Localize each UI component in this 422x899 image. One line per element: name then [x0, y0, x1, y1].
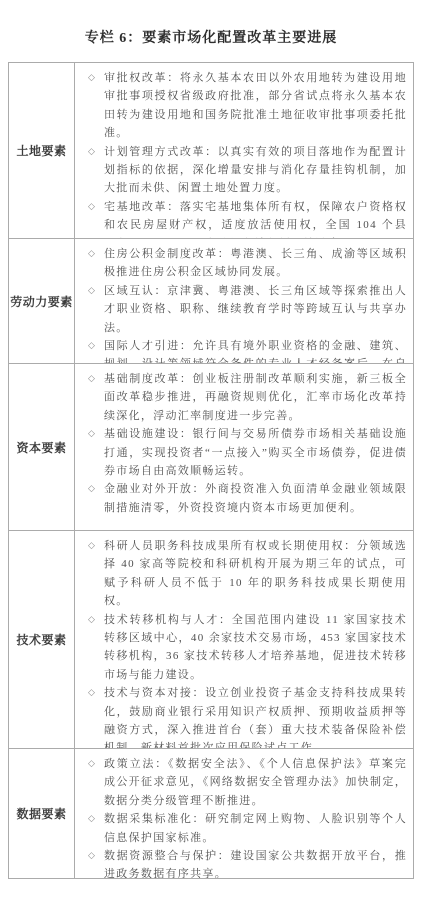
bullet-text: 技术与资本对接：设立创业投资子基金支持科技成果转化，鼓励商业银行采用知识产权质押… [104, 684, 407, 748]
bullet-text: 基础设施建设：银行间与交易所债券市场相关基础设施打通，实现投资者“一点接入”购买… [104, 425, 407, 480]
factor-content-cell: ◇审批权改革：将永久基本农田以外农用地转为建设用地审批事项授权省级政府批准，部分… [75, 63, 413, 238]
bullet-text: 计划管理方式改革：以真实有效的项目落地作为配置计划指标的依据，深化增量安排与消化… [104, 143, 407, 198]
bullet-item: ◇住房公积金制度改革：粤港澳、长三角、成渝等区域积极推进住房公积金区域协同发展。 [88, 245, 407, 282]
diamond-bullet-icon: ◇ [88, 143, 104, 161]
diamond-bullet-icon: ◇ [88, 337, 104, 355]
factor-label: 劳动力要素 [10, 293, 73, 310]
bullet-text: 区域互认：京津冀、粤港澳、长三角区域等探索推出人才职业资格、职称、继续教育学时等… [104, 282, 407, 337]
bullet-text: 科研人员职务科技成果所有权或长期使用权：分领域选择 40 家高等院校和科研机构开… [104, 537, 407, 611]
table-row: 资本要素◇基础制度改革：创业板注册制改革顺利实施，新三板全面改革稳步推进，再融资… [9, 363, 413, 530]
factor-label: 土地要素 [16, 142, 66, 159]
bullet-item: ◇审批权改革：将永久基本农田以外农用地转为建设用地审批事项授权省级政府批准，部分… [88, 69, 407, 143]
bullet-item: ◇区域互认：京津冀、粤港澳、长三角区域等探索推出人才职业资格、职称、继续教育学时… [88, 282, 407, 337]
diamond-bullet-icon: ◇ [88, 847, 104, 865]
factor-content-cell: ◇政策立法：《数据安全法》、《个人信息保护法》草案完成公开征求意见，《网络数据安… [75, 749, 413, 878]
factor-label-cell: 劳动力要素 [9, 239, 75, 363]
diamond-bullet-icon: ◇ [88, 245, 104, 263]
diamond-bullet-icon: ◇ [88, 755, 104, 773]
bullet-text: 审批权改革：将永久基本农田以外农用地转为建设用地审批事项授权省级政府批准，部分省… [104, 69, 407, 143]
table-row: 技术要素◇科研人员职务科技成果所有权或长期使用权：分领域选择 40 家高等院校和… [9, 530, 413, 748]
bullet-item: ◇科研人员职务科技成果所有权或长期使用权：分领域选择 40 家高等院校和科研机构… [88, 537, 407, 611]
factor-label: 资本要素 [16, 439, 66, 456]
bullet-item: ◇金融业对外开放：外商投资准入负面清单金融业领域限制措施清零，外资投资境内资本市… [88, 480, 407, 517]
factor-label: 数据要素 [16, 805, 66, 822]
diamond-bullet-icon: ◇ [88, 684, 104, 702]
table-row: 数据要素◇政策立法：《数据安全法》、《个人信息保护法》草案完成公开征求意见，《网… [9, 748, 413, 878]
diamond-bullet-icon: ◇ [88, 370, 104, 388]
bullet-text: 数据采集标准化：研究制定网上购物、人脸识别等个人信息保护国家标准。 [104, 810, 407, 847]
factor-label-cell: 数据要素 [9, 749, 75, 878]
diamond-bullet-icon: ◇ [88, 282, 104, 300]
bullet-item: ◇国际人才引进：允许具有境外职业资格的金融、建筑、规划、设计等领域符合条件的专业… [88, 337, 407, 363]
bullet-text: 住房公积金制度改革：粤港澳、长三角、成渝等区域积极推进住房公积金区域协同发展。 [104, 245, 407, 282]
diamond-bullet-icon: ◇ [88, 198, 104, 216]
diamond-bullet-icon: ◇ [88, 480, 104, 498]
bullet-text: 国际人才引进：允许具有境外职业资格的金融、建筑、规划、设计等领域符合条件的专业人… [104, 337, 407, 363]
box-title: 专栏 6：要素市场化配置改革主要进展 [0, 0, 422, 62]
bullet-item: ◇数据资源整合与保护：建设国家公共数据开放平台，推进政务数据有序共享。 [88, 847, 407, 878]
bullet-item: ◇基础制度改革：创业板注册制改革顺利实施，新三板全面改革稳步推进，再融资规则优化… [88, 370, 407, 425]
bullet-item: ◇技术与资本对接：设立创业投资子基金支持科技成果转化，鼓励商业银行采用知识产权质… [88, 684, 407, 748]
bullet-text: 数据资源整合与保护：建设国家公共数据开放平台，推进政务数据有序共享。 [104, 847, 407, 878]
bullet-text: 政策立法：《数据安全法》、《个人信息保护法》草案完成公开征求意见，《网络数据安全… [104, 755, 407, 810]
diamond-bullet-icon: ◇ [88, 537, 104, 555]
diamond-bullet-icon: ◇ [88, 810, 104, 828]
bullet-item: ◇计划管理方式改革：以真实有效的项目落地作为配置计划指标的依据，深化增量安排与消… [88, 143, 407, 198]
factor-label-cell: 土地要素 [9, 63, 75, 238]
bullet-item: ◇基础设施建设：银行间与交易所债券市场相关基础设施打通，实现投资者“一点接入”购… [88, 425, 407, 480]
table-row: 劳动力要素◇住房公积金制度改革：粤港澳、长三角、成渝等区域积极推进住房公积金区域… [9, 238, 413, 363]
diamond-bullet-icon: ◇ [88, 69, 104, 87]
bullet-item: ◇数据采集标准化：研究制定网上购物、人脸识别等个人信息保护国家标准。 [88, 810, 407, 847]
bullet-item: ◇宅基地改革：落实宅基地集体所有权，保障农户资格权和农民房屋财产权，适度放活使用… [88, 198, 407, 238]
bullet-text: 宅基地改革：落实宅基地集体所有权，保障农户资格权和农民房屋财产权，适度放活使用权… [104, 198, 407, 238]
diamond-bullet-icon: ◇ [88, 425, 104, 443]
diamond-bullet-icon: ◇ [88, 611, 104, 629]
factor-label-cell: 技术要素 [9, 531, 75, 748]
factor-content-cell: ◇住房公积金制度改革：粤港澳、长三角、成渝等区域积极推进住房公积金区域协同发展。… [75, 239, 413, 363]
bullet-item: ◇政策立法：《数据安全法》、《个人信息保护法》草案完成公开征求意见，《网络数据安… [88, 755, 407, 810]
factor-content-cell: ◇基础制度改革：创业板注册制改革顺利实施，新三板全面改革稳步推进，再融资规则优化… [75, 364, 413, 530]
factor-label: 技术要素 [16, 631, 66, 648]
table-row: 土地要素◇审批权改革：将永久基本农田以外农用地转为建设用地审批事项授权省级政府批… [9, 63, 413, 238]
bullet-text: 基础制度改革：创业板注册制改革顺利实施，新三板全面改革稳步推进，再融资规则优化，… [104, 370, 407, 425]
bullet-text: 技术转移机构与人才：全国范围内建设 11 家国家技术转移区域中心，40 余家技术… [104, 611, 407, 685]
factor-progress-table: 土地要素◇审批权改革：将永久基本农田以外农用地转为建设用地审批事项授权省级政府批… [8, 62, 414, 879]
bullet-text: 金融业对外开放：外商投资准入负面清单金融业领域限制措施清零，外资投资境内资本市场… [104, 480, 407, 517]
factor-content-cell: ◇科研人员职务科技成果所有权或长期使用权：分领域选择 40 家高等院校和科研机构… [75, 531, 413, 748]
document-page: 专栏 6：要素市场化配置改革主要进展 土地要素◇审批权改革：将永久基本农田以外农… [0, 0, 422, 899]
bullet-item: ◇技术转移机构与人才：全国范围内建设 11 家国家技术转移区域中心，40 余家技… [88, 611, 407, 685]
factor-label-cell: 资本要素 [9, 364, 75, 530]
